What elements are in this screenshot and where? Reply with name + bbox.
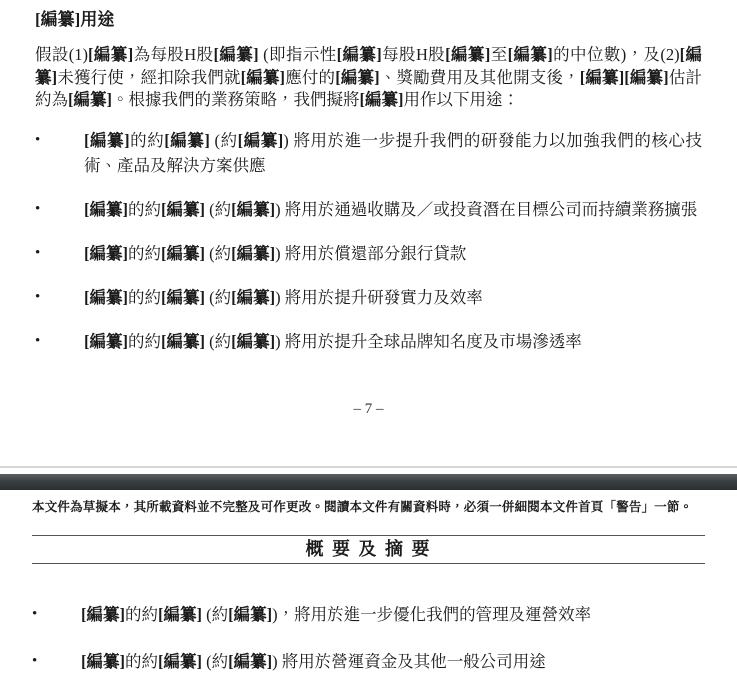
draft-warning-text: 本文件為草擬本，其所載資料並不完整及可作更改。閱讀本文件有關資料時，必須一併細閱…: [32, 500, 705, 515]
list-item: • [編纂]的約[編纂] (約[編纂]) 將用於通過收購及／或投資潛在目標公司而…: [35, 197, 702, 222]
list-item-text: [編纂]的約[編纂] (約[編纂])，將用於進一步優化我們的管理及運營效率: [81, 602, 705, 627]
summary-section: 本文件為草擬本，其所載資料並不完整及可作更改。閱讀本文件有關資料時，必須一併細閱…: [32, 500, 705, 690]
list-item-text: [編纂]的約[編纂] (約[編纂]) 將用於償還部分銀行貸款: [84, 241, 702, 266]
list-item-text: [編纂]的約[編纂] (約[編纂]) 將用於進一步提升我們的研發能力以加強我們的…: [84, 128, 702, 178]
list-item-text: [編纂]的約[編纂] (約[編纂]) 將用於提升全球品牌知名度及市場滲透率: [84, 329, 702, 354]
bullet-icon: •: [35, 128, 84, 153]
list-item: • [編纂]的約[編纂] (約[編纂]) 將用於提升研發實力及效率: [35, 285, 702, 310]
section-header-title: 概 要 及 摘 要: [32, 540, 705, 559]
use-of-proceeds-list: • [編纂]的約[編纂] (約[編纂]) 將用於進一步提升我們的研發能力以加強我…: [35, 128, 702, 354]
list-item: • [編纂]的約[編纂] (約[編纂]) 將用於進一步提升我們的研發能力以加強我…: [35, 128, 702, 178]
prospectus-page: [編纂]用途 假設(1)[編纂]為每股H股[編纂] (即指示性[編纂]每股H股[…: [0, 0, 737, 690]
bullet-icon: •: [35, 285, 84, 310]
page-edge-line: [0, 466, 737, 468]
list-item: • [編纂]的約[編纂] (約[編纂]) 將用於營運資金及其他一般公司用途: [32, 649, 705, 674]
list-item-text: [編纂]的約[編纂] (約[編纂]) 將用於營運資金及其他一般公司用途: [81, 649, 705, 674]
list-item-text: [編纂]的約[編纂] (約[編纂]) 將用於通過收購及／或投資潛在目標公司而持續…: [84, 197, 702, 222]
bullet-icon: •: [32, 602, 81, 627]
list-item: • [編纂]的約[編纂] (約[編纂]) 將用於償還部分銀行貸款: [35, 241, 702, 266]
page-number: – 7 –: [0, 400, 737, 418]
page-title: [編纂]用途: [35, 8, 702, 32]
bullet-icon: •: [32, 649, 81, 674]
list-item-text: [編纂]的約[編纂] (約[編纂]) 將用於提升研發實力及效率: [84, 285, 702, 310]
list-item: • [編纂]的約[編纂] (約[編纂])，將用於進一步優化我們的管理及運營效率: [32, 602, 705, 627]
summary-list: • [編纂]的約[編纂] (約[編纂])，將用於進一步優化我們的管理及運營效率 …: [32, 602, 705, 674]
bullet-icon: •: [35, 241, 84, 266]
list-item: • [編纂]的約[編纂] (約[編纂]) 將用於提升全球品牌知名度及市場滲透率: [35, 329, 702, 354]
intro-paragraph: 假設(1)[編纂]為每股H股[編纂] (即指示性[編纂]每股H股[編纂]至[編纂…: [35, 44, 702, 112]
bullet-icon: •: [35, 329, 84, 354]
section-header-box: 概 要 及 摘 要: [32, 535, 705, 564]
bullet-icon: •: [35, 197, 84, 222]
page-separator-bar: [0, 474, 737, 490]
use-of-proceeds-section: [編纂]用途 假設(1)[編纂]為每股H股[編纂] (即指示性[編纂]每股H股[…: [35, 8, 702, 373]
